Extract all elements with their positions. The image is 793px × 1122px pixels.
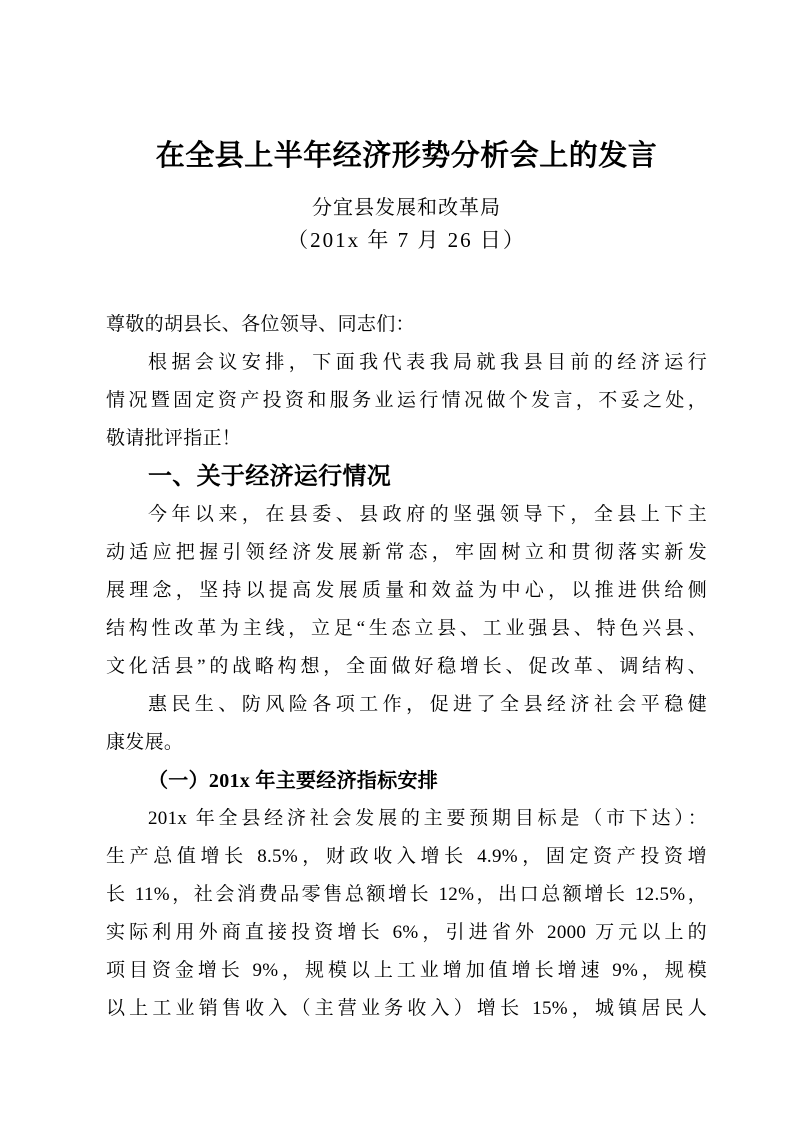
text-line: 实际利用外商直接投资增长 6%，引进省外 2000 万元以上的 [106,914,707,952]
text-line: 生产总值增长 8.5%，财政收入增长 4.9%，固定资产投资增 [106,838,707,876]
text-line: 敬请批评指正！ [106,420,707,458]
text-line: 以上工业销售收入（主营业务收入）增长 15%，城镇居民人 [106,990,707,1028]
text-line: 展理念，坚持以提高发展质量和效益为中心，以推进供给侧 [106,572,707,610]
document-title: 在全县上半年经济形势分析会上的发言 [106,134,707,178]
text-line: 项目资金增长 9%，规模以上工业增加值增长增速 9%，规模 [106,952,707,990]
document-date: （201x 年 7 月 26 日） [106,224,707,256]
text-line: 惠民生、防风险各项工作，促进了全县经济社会平稳健 [106,686,707,724]
salutation-line: 尊敬的胡县长、各位领导、同志们： [106,306,707,344]
text-line: 根据会议安排，下面我代表我局就我县目前的经济运行 [106,344,707,382]
text-line: 情况暨固定资产投资和服务业运行情况做个发言，不妥之处， [106,382,707,420]
text-line: 结构性改革为主线，立足“生态立县、工业强县、特色兴县、 [106,610,707,648]
subsection-heading: （一）201x 年主要经济指标安排 [106,762,707,800]
text-line: 文化活县”的战略构想，全面做好稳增长、促改革、调结构、 [106,648,707,686]
section-heading: 一、关于经济运行情况 [106,458,707,496]
text-line: 长 11%，社会消费品零售总额增长 12%，出口总额增长 12.5%， [106,876,707,914]
document-author: 分宜县发展和改革局 [106,194,707,222]
document-page: 在全县上半年经济形势分析会上的发言 分宜县发展和改革局 （201x 年 7 月 … [0,0,793,1122]
text-line: 动适应把握引领经济发展新常态，牢固树立和贯彻落实新发 [106,534,707,572]
text-line: 201x 年全县经济社会发展的主要预期目标是（市下达）： [106,800,707,838]
text-line: 康发展。 [106,724,707,762]
document-content: 在全县上半年经济形势分析会上的发言 分宜县发展和改革局 （201x 年 7 月 … [0,0,793,1028]
text-line: 今年以来，在县委、县政府的坚强领导下，全县上下主 [106,496,707,534]
document-body: 尊敬的胡县长、各位领导、同志们： 根据会议安排，下面我代表我局就我县目前的经济运… [106,306,707,1028]
